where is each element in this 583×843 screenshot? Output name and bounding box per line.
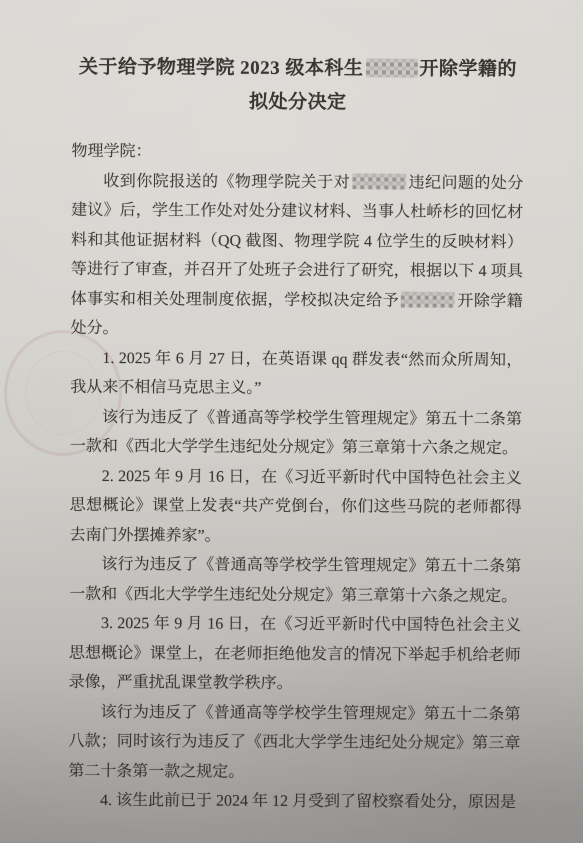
paragraph-text: 4. 该生此前已于 2024 年 12 月受到了留校察看处分，原因是 bbox=[100, 792, 516, 811]
paragraph-text: 该行为违反了《普通高等学校学生管理规定》第五十二条第一款和《西北大学学生违纪处分… bbox=[70, 408, 522, 457]
redacted-name bbox=[401, 291, 455, 307]
paragraph-text: 该行为违反了《普通高等学校学生管理规定》第五十二条第八款；同时该行为违反了《西北… bbox=[68, 703, 520, 780]
redacted-name bbox=[352, 173, 406, 189]
salutation: 物理学院： bbox=[71, 137, 523, 169]
redacted-name bbox=[365, 58, 417, 77]
title-text: 关于给予物理学院 2023 级本科生 bbox=[79, 57, 364, 79]
paragraph: 该行为违反了《普通高等学校学生管理规定》第五十二条第一款和《西北大学学生违纪处分… bbox=[70, 402, 522, 463]
paragraph-text: 违纪问题的处分建议》后，学生工作处对处分建议材料、当事人杜峤杉的回忆材料和其他证… bbox=[71, 174, 524, 309]
paragraph: 1. 2025 年 6 月 27 日，在英语课 qq 群发表“然而众所周知，我从… bbox=[70, 343, 522, 404]
paragraph: 该行为违反了《普通高等学校学生管理规定》第五十二条第八款；同时该行为违反了《西北… bbox=[68, 697, 520, 788]
paragraph: 3. 2025 年 9 月 16 日，在《习近平新时代中国特色社会主义思想概论》… bbox=[69, 609, 521, 700]
title-line: 拟处分决定 bbox=[72, 85, 524, 121]
document-page: 关于给予物理学院 2023 级本科生开除学籍的拟处分决定 物理学院： 收到你院报… bbox=[0, 0, 583, 843]
paragraph: 4. 该生此前已于 2024 年 12 月受到了留校察看处分，原因是 bbox=[68, 786, 520, 818]
title-text: 开除学籍的 bbox=[419, 59, 517, 81]
paragraph-text: 2. 2025 年 9 月 16 日，在《习近平新时代中国特色社会主义思想概论》… bbox=[69, 467, 521, 544]
title-text: 拟处分决定 bbox=[249, 92, 347, 114]
paragraph-text: 收到你院报送的《物理学院关于对 bbox=[103, 172, 350, 190]
paragraph-text: 该行为违反了《普通高等学校学生管理规定》第五十二条第一款和《西北大学学生违纪处分… bbox=[69, 556, 521, 605]
paragraph-text: 1. 2025 年 6 月 27 日，在英语课 qq 群发表“然而众所周知，我从… bbox=[70, 349, 522, 396]
paragraph: 该行为违反了《普通高等学校学生管理规定》第五十二条第一款和《西北大学学生违纪处分… bbox=[69, 550, 521, 611]
paragraph: 收到你院报送的《物理学院关于对违纪问题的处分建议》后，学生工作处对处分建议材料、… bbox=[70, 166, 523, 345]
paragraph: 2. 2025 年 9 月 16 日，在《习近平新时代中国特色社会主义思想概论》… bbox=[69, 461, 521, 552]
paragraph-text: 3. 2025 年 9 月 16 日，在《习近平新时代中国特色社会主义思想概论》… bbox=[69, 615, 521, 692]
document-title: 关于给予物理学院 2023 级本科生开除学籍的拟处分决定 bbox=[72, 51, 524, 121]
title-line: 关于给予物理学院 2023 级本科生开除学籍的 bbox=[72, 51, 524, 87]
document-photo: 关于给予物理学院 2023 级本科生开除学籍的拟处分决定 物理学院： 收到你院报… bbox=[0, 0, 583, 843]
document-content: 关于给予物理学院 2023 级本科生开除学籍的拟处分决定 物理学院： 收到你院报… bbox=[68, 51, 524, 818]
document-body: 收到你院报送的《物理学院关于对违纪问题的处分建议》后，学生工作处对处分建议材料、… bbox=[68, 166, 523, 817]
